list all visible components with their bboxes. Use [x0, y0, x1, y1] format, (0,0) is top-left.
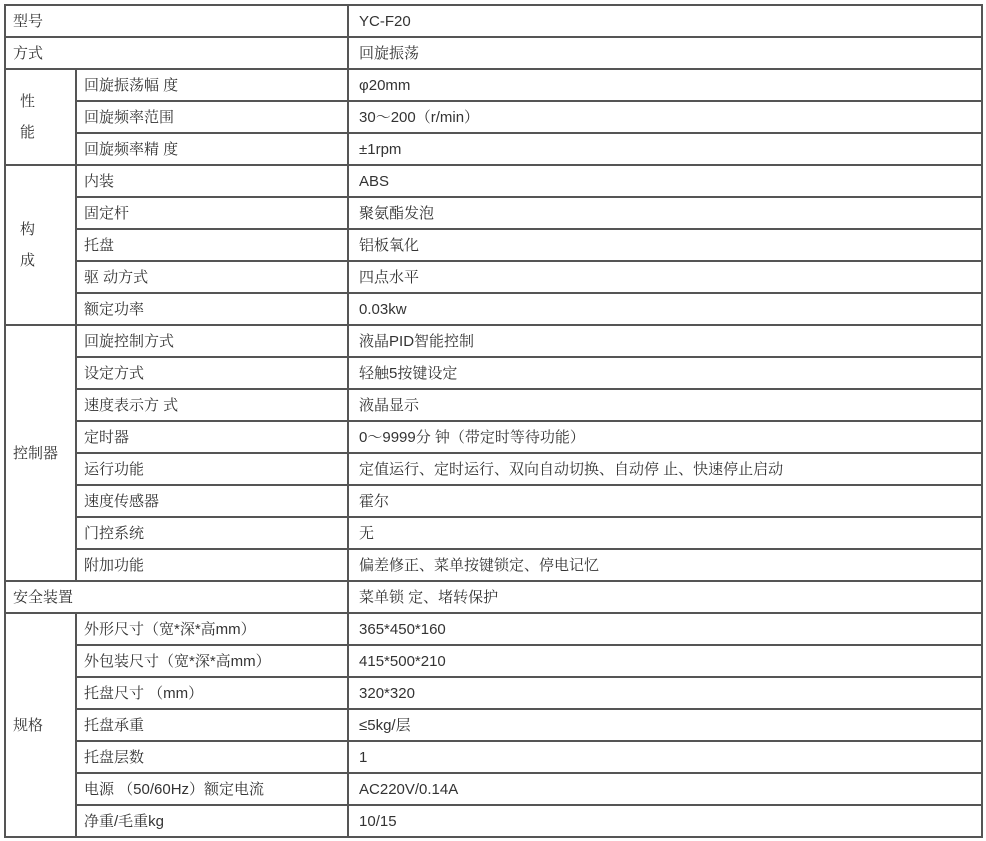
table-row: 门控系统 无 [5, 517, 982, 549]
table-row: 速度传感器 霍尔 [5, 485, 982, 517]
spec-label-cell: 型号 [5, 5, 348, 37]
spec-label-cell: 固定杆 [76, 197, 348, 229]
group-cell-specification: 规格 [5, 613, 76, 837]
group-cell-controller: 控制器 [5, 325, 76, 581]
group-cell-performance: 性 能 [5, 69, 76, 165]
spec-table: 型号 YC-F20 方式 回旋振荡 性 能 回旋振荡幅 度 φ20mm 回旋频率… [4, 4, 983, 838]
spec-value-cell: 轻触5按键设定 [348, 357, 982, 389]
table-row: 定时器 0～9999分 钟（带定时等待功能） [5, 421, 982, 453]
spec-sheet: 型号 YC-F20 方式 回旋振荡 性 能 回旋振荡幅 度 φ20mm 回旋频率… [0, 0, 986, 841]
spec-value-cell: 回旋振荡 [348, 37, 982, 69]
spec-value-cell: 偏差修正、菜单按键锁定、停电记忆 [348, 549, 982, 581]
table-row: 净重/毛重kg 10/15 [5, 805, 982, 837]
table-row: 托盘尺寸 （mm） 320*320 [5, 677, 982, 709]
table-row: 驱 动方式 四点水平 [5, 261, 982, 293]
spec-label-cell: 附加功能 [76, 549, 348, 581]
spec-value-cell: YC-F20 [348, 5, 982, 37]
spec-label-cell: 运行功能 [76, 453, 348, 485]
spec-label-cell: 速度表示方 式 [76, 389, 348, 421]
spec-value-cell: 霍尔 [348, 485, 982, 517]
table-row: 额定功率 0.03kw [5, 293, 982, 325]
spec-value-cell: 415*500*210 [348, 645, 982, 677]
spec-value-cell: ≤5kg/层 [348, 709, 982, 741]
table-row: 规格 外形尺寸（宽*深*高mm） 365*450*160 [5, 613, 982, 645]
spec-label-cell: 回旋频率范围 [76, 101, 348, 133]
spec-label-cell: 额定功率 [76, 293, 348, 325]
spec-value-cell: ±1rpm [348, 133, 982, 165]
spec-value-cell: 菜单锁 定、堵转保护 [348, 581, 982, 613]
spec-label-cell: 托盘层数 [76, 741, 348, 773]
spec-label-cell: 回旋控制方式 [76, 325, 348, 357]
spec-label-cell: 外形尺寸（宽*深*高mm） [76, 613, 348, 645]
table-row: 性 能 回旋振荡幅 度 φ20mm [5, 69, 982, 101]
spec-value-cell: ABS [348, 165, 982, 197]
spec-value-cell: 320*320 [348, 677, 982, 709]
table-row: 托盘层数 1 [5, 741, 982, 773]
spec-value-cell: 1 [348, 741, 982, 773]
spec-label-cell: 托盘 [76, 229, 348, 261]
table-row: 速度表示方 式 液晶显示 [5, 389, 982, 421]
table-row: 设定方式 轻触5按键设定 [5, 357, 982, 389]
spec-value-cell: 无 [348, 517, 982, 549]
group-cell-structure: 构 成 [5, 165, 76, 325]
spec-label-cell: 安全装置 [5, 581, 348, 613]
spec-value-cell: 10/15 [348, 805, 982, 837]
spec-label-cell: 驱 动方式 [76, 261, 348, 293]
spec-value-cell: 聚氨酯发泡 [348, 197, 982, 229]
spec-label-cell: 托盘尺寸 （mm） [76, 677, 348, 709]
spec-value-cell: 0.03kw [348, 293, 982, 325]
spec-label-cell: 电源 （50/60Hz）额定电流 [76, 773, 348, 805]
spec-label-cell: 速度传感器 [76, 485, 348, 517]
table-row: 托盘 铝板氧化 [5, 229, 982, 261]
table-row: 控制器 回旋控制方式 液晶PID智能控制 [5, 325, 982, 357]
table-row: 附加功能 偏差修正、菜单按键锁定、停电记忆 [5, 549, 982, 581]
spec-value-cell: 0～9999分 钟（带定时等待功能） [348, 421, 982, 453]
spec-value-cell: 定值运行、定时运行、双向自动切换、自动停 止、快速停止启动 [348, 453, 982, 485]
spec-value-cell: 铝板氧化 [348, 229, 982, 261]
table-row: 外包装尺寸（宽*深*高mm） 415*500*210 [5, 645, 982, 677]
spec-label-cell: 设定方式 [76, 357, 348, 389]
spec-label-cell: 净重/毛重kg [76, 805, 348, 837]
spec-value-cell: 365*450*160 [348, 613, 982, 645]
spec-value-cell: 四点水平 [348, 261, 982, 293]
table-row: 型号 YC-F20 [5, 5, 982, 37]
table-row: 托盘承重 ≤5kg/层 [5, 709, 982, 741]
spec-label-cell: 定时器 [76, 421, 348, 453]
spec-label-cell: 内装 [76, 165, 348, 197]
spec-value-cell: φ20mm [348, 69, 982, 101]
spec-label-cell: 外包装尺寸（宽*深*高mm） [76, 645, 348, 677]
spec-label-cell: 门控系统 [76, 517, 348, 549]
spec-value-cell: AC220V/0.14A [348, 773, 982, 805]
table-row: 构 成 内装 ABS [5, 165, 982, 197]
table-row: 回旋频率范围 30～200（r/min） [5, 101, 982, 133]
spec-label-cell: 托盘承重 [76, 709, 348, 741]
table-row: 固定杆 聚氨酯发泡 [5, 197, 982, 229]
spec-label-cell: 方式 [5, 37, 348, 69]
spec-label-cell: 回旋频率精 度 [76, 133, 348, 165]
table-row: 安全装置 菜单锁 定、堵转保护 [5, 581, 982, 613]
spec-label-cell: 回旋振荡幅 度 [76, 69, 348, 101]
table-row: 方式 回旋振荡 [5, 37, 982, 69]
spec-value-cell: 液晶显示 [348, 389, 982, 421]
table-row: 运行功能 定值运行、定时运行、双向自动切换、自动停 止、快速停止启动 [5, 453, 982, 485]
spec-value-cell: 液晶PID智能控制 [348, 325, 982, 357]
table-row: 电源 （50/60Hz）额定电流 AC220V/0.14A [5, 773, 982, 805]
table-row: 回旋频率精 度 ±1rpm [5, 133, 982, 165]
spec-value-cell: 30～200（r/min） [348, 101, 982, 133]
